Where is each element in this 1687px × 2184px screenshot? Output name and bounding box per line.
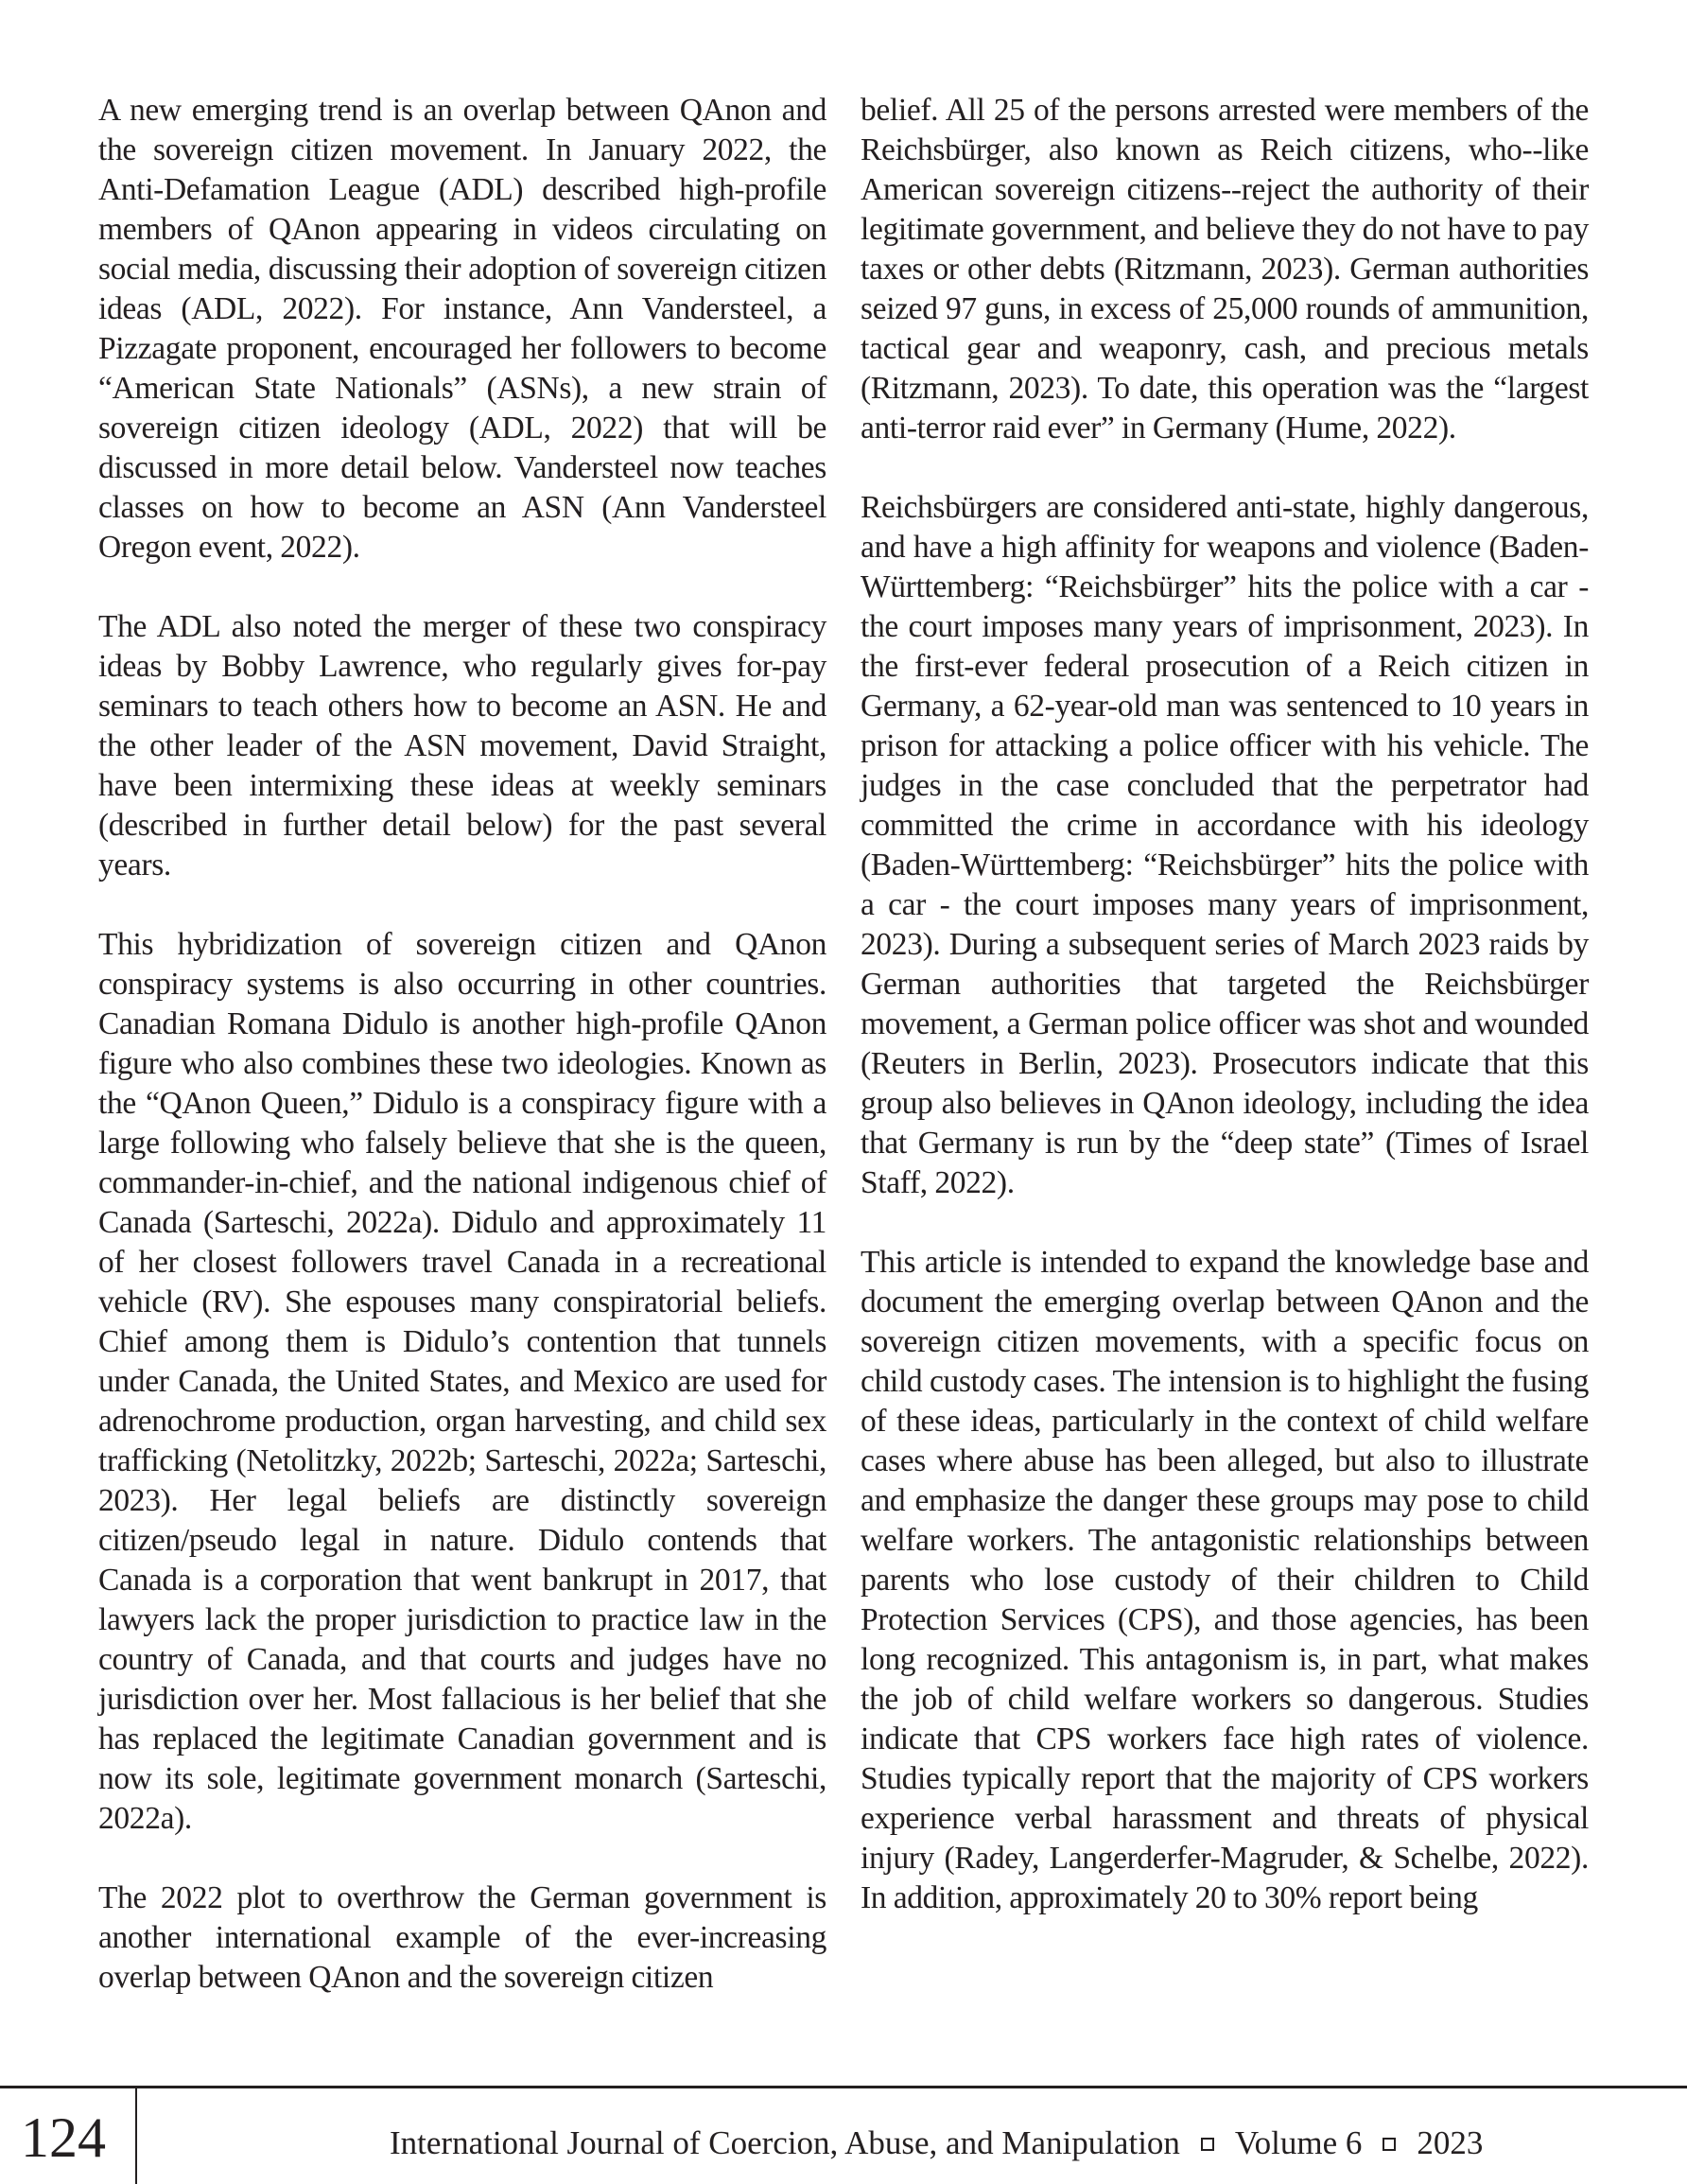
paragraph: The 2022 plot to overthrow the German go… [98, 1878, 826, 1998]
paragraph: A new emerging trend is an overlap betwe… [98, 91, 826, 568]
page-number: 124 [21, 2105, 125, 2171]
paragraph: Reichsbürgers are considered anti-state,… [861, 488, 1589, 1203]
paragraph: This article is intended to expand the k… [861, 1243, 1589, 1918]
footer-rule [0, 2086, 1687, 2088]
square-bullet-icon [1201, 2138, 1214, 2151]
year-label: 2023 [1417, 2123, 1483, 2164]
journal-page: A new emerging trend is an overlap betwe… [0, 0, 1687, 2184]
footer-divider [135, 2087, 137, 2184]
journal-title: International Journal of Coercion, Abuse… [390, 2123, 1180, 2164]
paragraph: The ADL also noted the merger of these t… [98, 607, 826, 885]
paragraph: This hybridization of sovereign citizen … [98, 925, 826, 1839]
left-column: A new emerging trend is an overlap betwe… [98, 91, 826, 1998]
right-column: belief. All 25 of the persons arrested w… [861, 91, 1589, 1918]
paragraph: belief. All 25 of the persons arrested w… [861, 91, 1589, 448]
running-footer: International Journal of Coercion, Abuse… [390, 2123, 1483, 2164]
volume-label: Volume 6 [1235, 2123, 1363, 2164]
square-bullet-icon [1383, 2138, 1396, 2151]
